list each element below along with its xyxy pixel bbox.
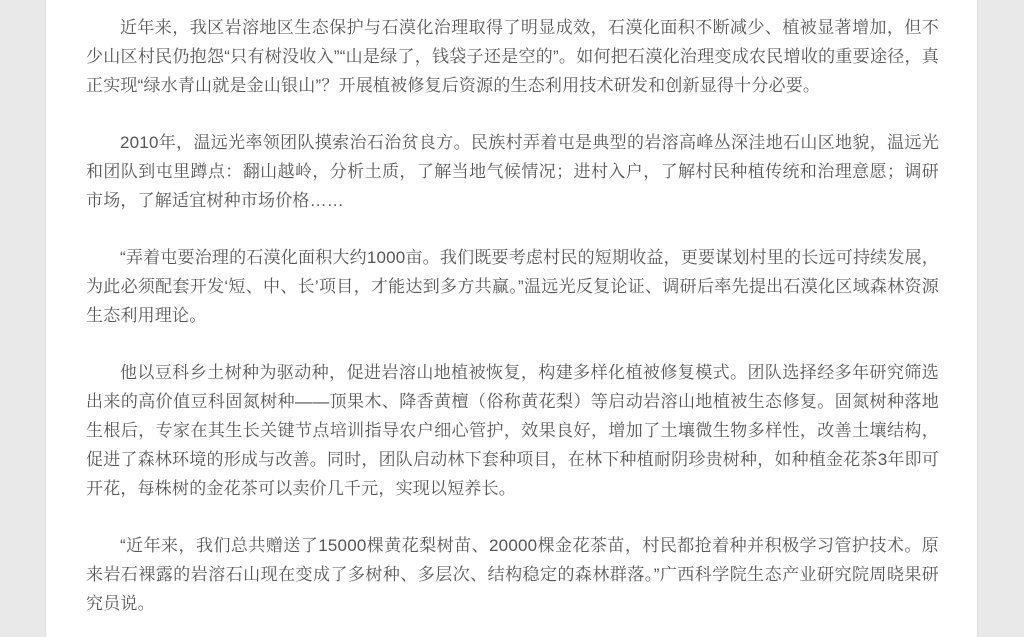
article-content-area: 近年来，我区岩溶地区生态保护与石漠化治理取得了明显成效，石漠化面积不断减少、植被…	[45, 0, 978, 637]
page-background: { "page": { "background_color": "#e9e9e9…	[0, 0, 1024, 637]
article-paragraph: 2010年，温远光率领团队摸索治石治贫良方。民族村弄着屯是典型的岩溶高峰丛深洼地…	[86, 128, 939, 215]
article-paragraph: “弄着屯要治理的石漠化面积大约1000亩。我们既要考虑村民的短期收益，更要谋划村…	[86, 243, 939, 330]
article-paragraph: 近年来，我区岩溶地区生态保护与石漠化治理取得了明显成效，石漠化面积不断减少、植被…	[86, 13, 939, 100]
article-paragraph: 他以豆科乡土树种为驱动种，促进岩溶山地植被恢复，构建多样化植被修复模式。团队选择…	[86, 358, 939, 503]
article-paragraph: “近年来，我们总共赠送了15000棵黄花梨树苗、20000棵金花茶苗，村民都抢着…	[86, 531, 939, 618]
